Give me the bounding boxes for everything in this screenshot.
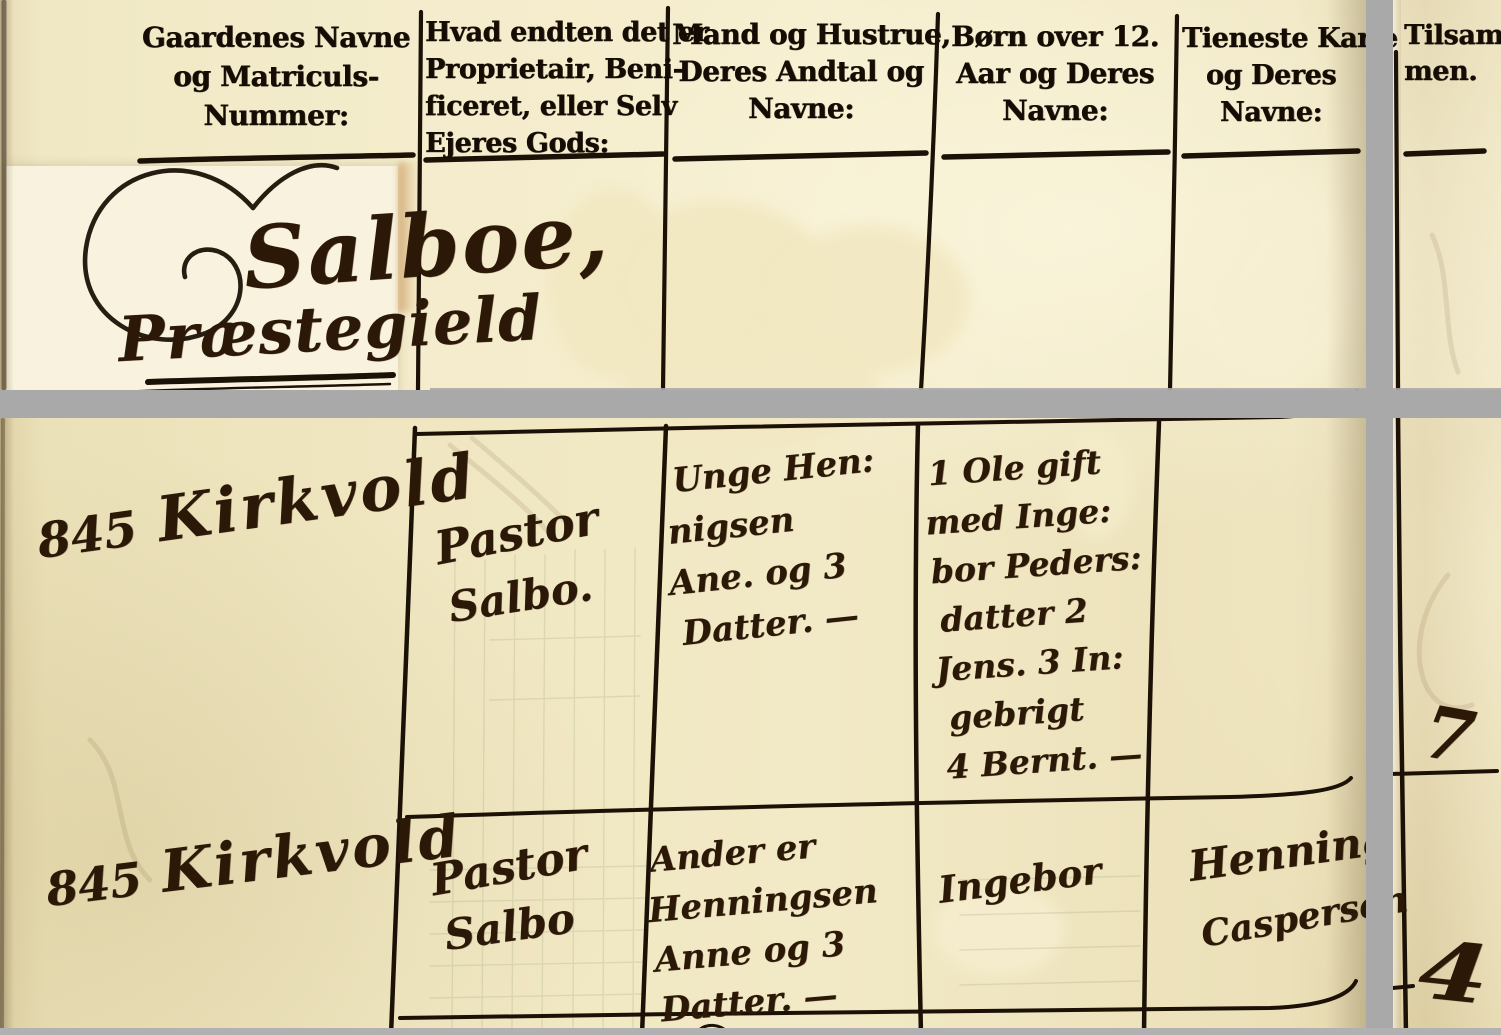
column-header-children-over-12: Børn over 12. Aar og Deres Navne: xyxy=(940,18,1170,129)
header-line: Børn over 12. xyxy=(940,18,1170,55)
header-line: Nummer: xyxy=(140,96,412,135)
header-line: Deres Andtal og xyxy=(672,53,930,90)
row2-family-cell: Ander er Henningsen Anne og 3 Datter. — xyxy=(642,816,889,1035)
row1-owner-line2: Salbo. xyxy=(445,561,596,632)
header-line: men. xyxy=(1404,54,1500,90)
header-line: Aar og Deres xyxy=(940,55,1170,92)
header-line: Navne: xyxy=(940,92,1170,129)
row2-matricul-number: 845 xyxy=(43,852,145,917)
header-line: Hvad endten det er xyxy=(425,14,667,51)
row1-children-cell: 1 Ole gift med Inge: bor Peders: datter … xyxy=(920,435,1157,792)
scan-gap-horizontal-light xyxy=(430,388,1501,418)
header-line: Tilsam- xyxy=(1404,18,1500,54)
column-header-farm-name: Gaardenes Navne og Matriculs- Nummer: xyxy=(140,18,412,135)
row2-owner-line2: Salbo xyxy=(441,893,577,960)
column-header-total: Tilsam- men. xyxy=(1404,18,1500,90)
scan-gap-bottom xyxy=(0,1028,1501,1035)
header-line: Tieneste Karle xyxy=(1182,20,1360,57)
row1-total-value: 7 xyxy=(1417,688,1481,780)
header-line: Proprietair, Beni- xyxy=(425,51,667,88)
row1-farm-cell: 845 Kirkvold xyxy=(32,439,481,573)
row1-matricul-number: 845 xyxy=(34,501,141,570)
header-line: Gaardenes Navne xyxy=(140,18,412,57)
column-header-ownership: Hvad endten det er Proprietair, Beni- fi… xyxy=(425,14,667,162)
row1-farm-name: Kirkvold xyxy=(152,439,480,556)
row2-farm-cell: 845 Kirkvold xyxy=(42,802,466,920)
header-line: ficeret, eller Selv xyxy=(425,88,667,125)
row2-total-value: 4 xyxy=(1414,922,1493,1023)
header-line: Navne: xyxy=(672,90,930,127)
header-line: Mand og Hustrue, xyxy=(672,16,930,53)
row2-farm-name: Kirkvold xyxy=(157,802,465,906)
scan-gap-vertical xyxy=(1366,0,1393,1035)
column-header-man-and-wife: Mand og Hustrue, Deres Andtal og Navne: xyxy=(672,16,930,127)
header-line: og Matriculs- xyxy=(140,57,412,96)
header-line: Navne: xyxy=(1182,94,1360,131)
page-edge-shadow-left xyxy=(0,0,14,1035)
column-header-servants: Tieneste Karle og Deres Navne: xyxy=(1182,20,1360,131)
header-line: og Deres xyxy=(1182,57,1360,94)
row1-family-cell: Unge Hen: nigsen Ane. og 3 Datter. — xyxy=(656,435,893,661)
scanned-ledger-page: Gaardenes Navne og Matriculs- Nummer: Hv… xyxy=(0,0,1501,1035)
page-edge-shadow-right xyxy=(1326,0,1366,1035)
header-line: Ejeres Gods: xyxy=(425,125,667,162)
